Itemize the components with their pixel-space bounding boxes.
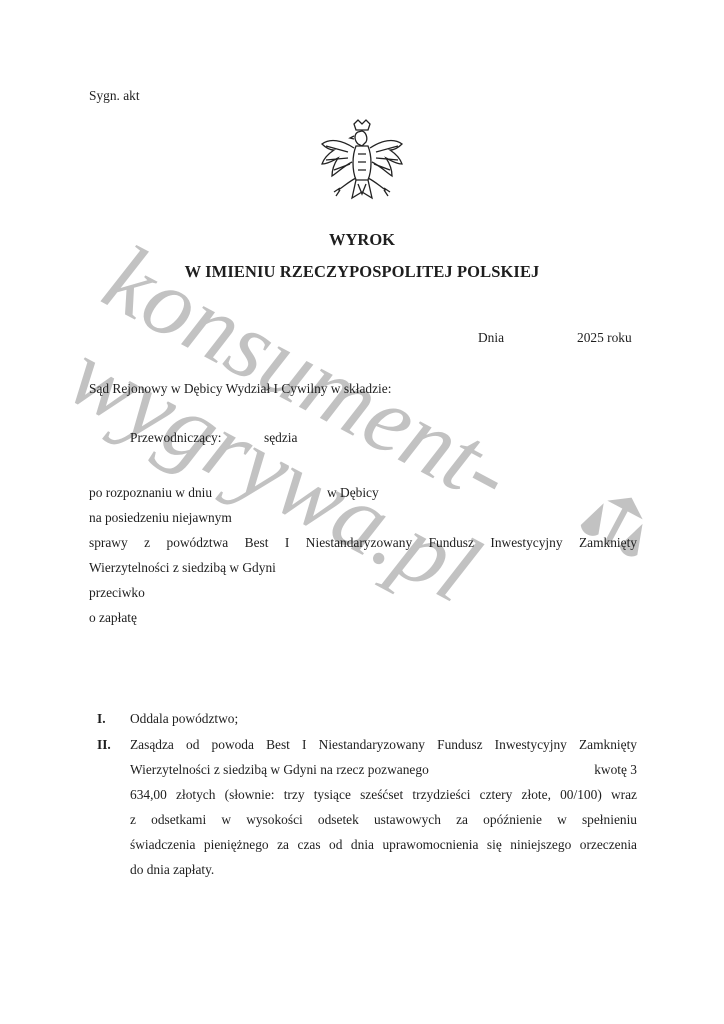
document-subtitle: W IMIENIU RZECZYPOSPOLITEJ POLSKIEJ bbox=[0, 262, 724, 282]
presiding-label: Przewodniczący: bbox=[130, 430, 221, 446]
ruling-1-text: Oddala powództwo; bbox=[130, 711, 238, 727]
case-subject: o zapłatę bbox=[89, 610, 137, 626]
session-type: na posiedzeniu niejawnym bbox=[89, 510, 232, 526]
date-year: 2025 roku bbox=[577, 330, 632, 346]
date-label: Dnia bbox=[478, 330, 504, 346]
ruling-number-2: II. bbox=[97, 737, 111, 753]
polish-eagle-emblem-icon bbox=[318, 118, 406, 212]
ruling-2-line-5: świadczenia pieniężnego za czas od dnia … bbox=[130, 837, 637, 853]
document-title: WYROK bbox=[0, 230, 724, 250]
case-reference-label: Sygn. akt bbox=[89, 88, 140, 104]
ruling-number-1: I. bbox=[97, 711, 106, 727]
case-parties-line-1: sprawy z powództwa Best I Niestandaryzow… bbox=[89, 535, 637, 551]
ruling-2-line-6: do dnia zapłaty. bbox=[130, 862, 637, 878]
presiding-value: sędzia bbox=[264, 430, 297, 446]
court-composition: Sąd Rejonowy w Dębicy Wydział I Cywilny … bbox=[89, 381, 391, 397]
hearing-date-label: po rozpoznaniu w dniu bbox=[89, 485, 212, 501]
ruling-2-line-1: Zasądza od powoda Best I Niestandaryzowa… bbox=[130, 737, 637, 753]
hearing-place: w Dębicy bbox=[327, 485, 379, 501]
ruling-2-line-4: z odsetkami w wysokości odsetek ustawowy… bbox=[130, 812, 637, 828]
ruling-2-line-3: 634,00 złotych (słownie: trzy tysiące sz… bbox=[130, 787, 637, 803]
ruling-2-amount-start: kwotę 3 bbox=[0, 762, 637, 778]
case-parties-line-2: Wierzytelności z siedzibą w Gdyni bbox=[89, 560, 276, 576]
against-label: przeciwko bbox=[89, 585, 145, 601]
